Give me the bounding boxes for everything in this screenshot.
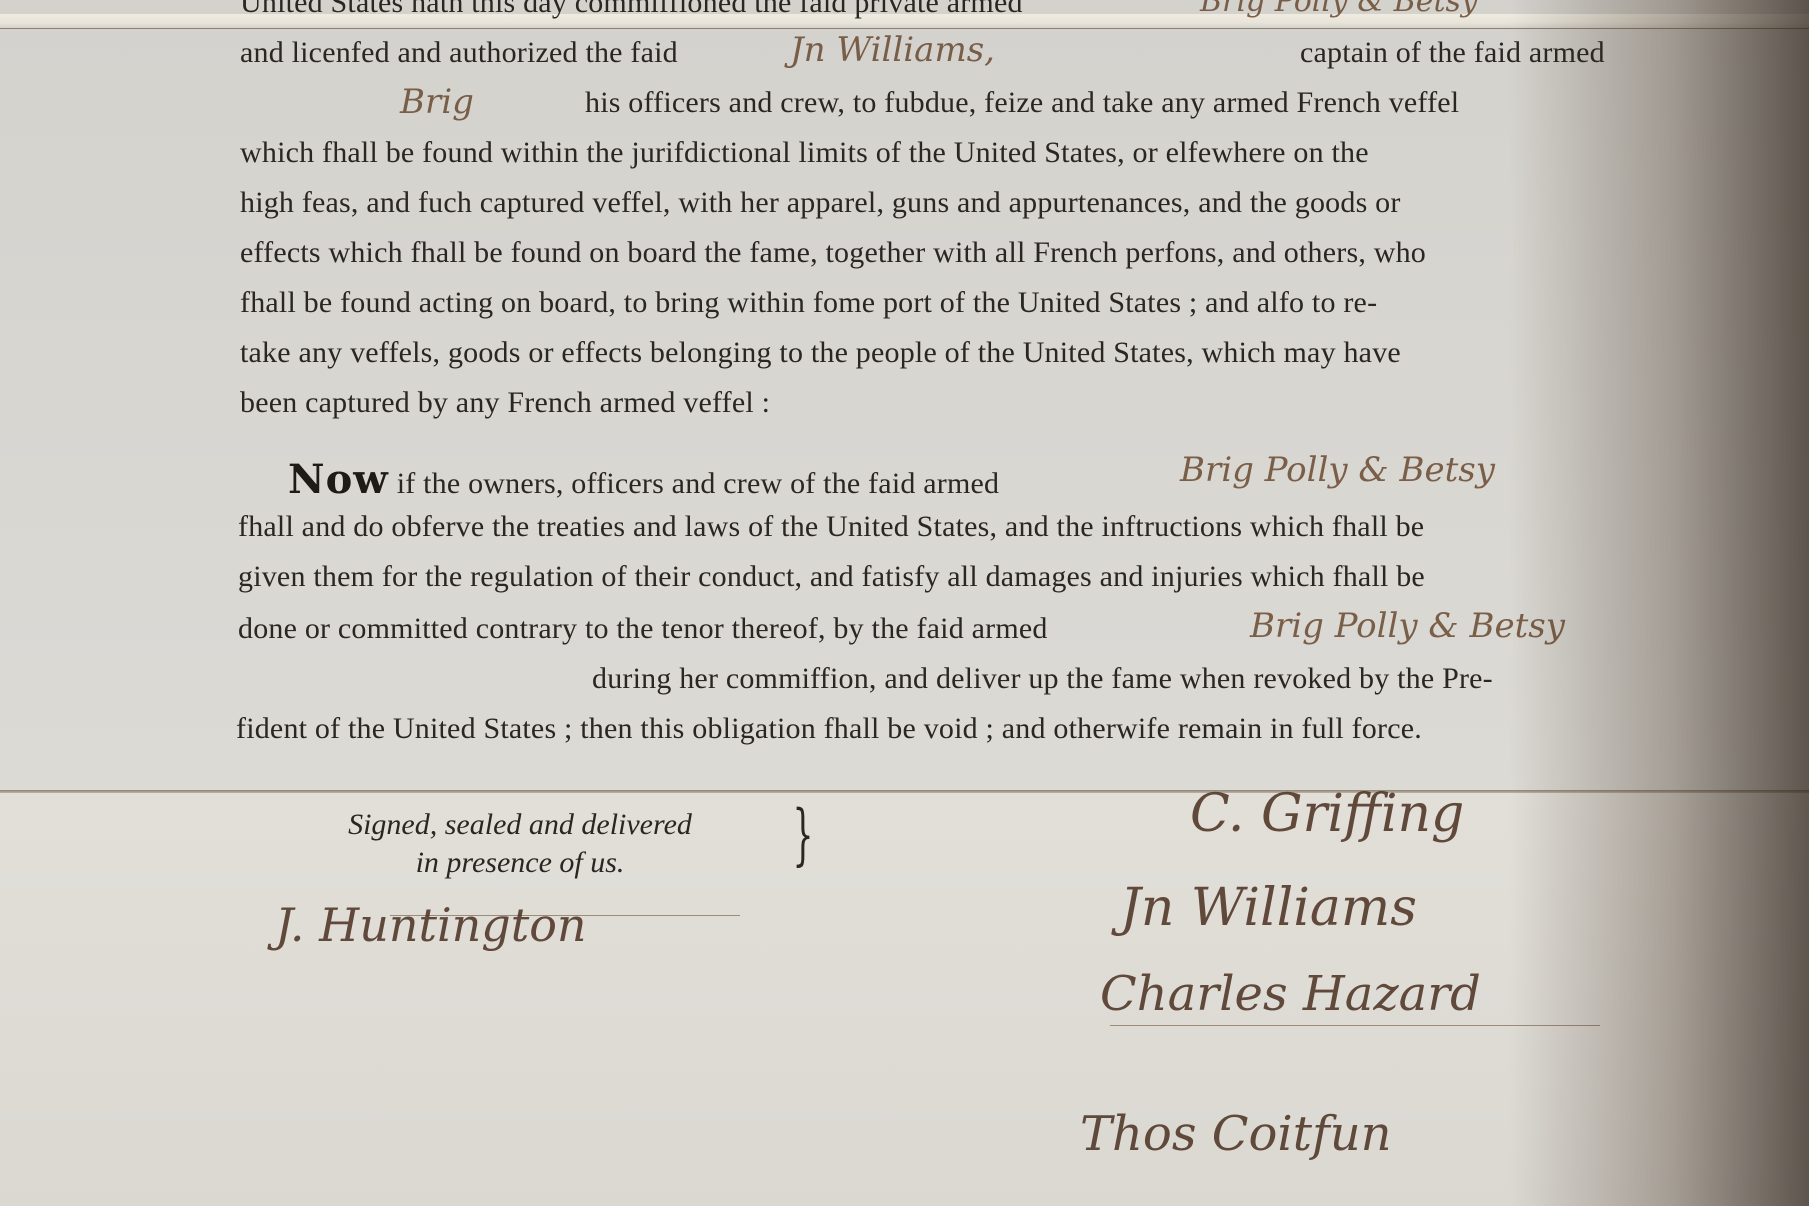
body-line-7: fhall be found acting on board, to bring… <box>240 286 1377 320</box>
witness-signature: J. Huntington <box>275 898 587 952</box>
now-clause-line-2: fhall and do obferve the treaties and la… <box>238 510 1424 544</box>
body-line-9: been captured by any French armed veffel… <box>240 386 770 420</box>
now-initial-word: Now <box>288 456 389 503</box>
body-line-1: United States hath this day commiffioned… <box>240 0 1023 20</box>
now-clause-line-5: during her commiffion, and deliver up th… <box>592 662 1493 696</box>
now-clause-text-1: if the owners, officers and crew of the … <box>397 467 1000 500</box>
body-line-2: and licenfed and authorized the faid <box>240 36 678 70</box>
handwritten-captain-name: Jn Williams, <box>790 30 995 70</box>
handwritten-vessel-tenor: Brig Polly & Betsy <box>1250 606 1565 646</box>
body-line-8: take any veffels, goods or effects belon… <box>240 336 1401 370</box>
document-page: United States hath this day commiffioned… <box>0 0 1809 1206</box>
signature-rule <box>1110 1025 1600 1026</box>
signature-coitfun: Thos Coitfun <box>1080 1106 1392 1162</box>
body-line-6: effects which fhall be found on board th… <box>240 236 1426 270</box>
witness-caption-line-1: Signed, sealed and delivered <box>300 806 740 844</box>
handwritten-vessel-now: Brig Polly & Betsy <box>1180 450 1495 490</box>
now-clause-line-3: given them for the regulation of their c… <box>238 560 1425 594</box>
signature-griffing: C. Griffing <box>1190 784 1464 844</box>
now-clause-line-1: Nowif the owners, officers and crew of t… <box>288 456 999 503</box>
now-clause-line-4: done or committed contrary to the tenor … <box>238 612 1048 646</box>
body-line-4: which fhall be found within the jurifdic… <box>240 136 1369 170</box>
signature-williams: Jn Williams <box>1120 878 1417 938</box>
now-clause-line-6: fident of the United States ; then this … <box>236 712 1422 746</box>
lower-panel <box>0 793 1809 1206</box>
body-line-3: his officers and crew, to fubdue, feize … <box>585 86 1459 120</box>
witness-caption: Signed, sealed and delivered in presence… <box>300 806 740 882</box>
body-line-2b: captain of the faid armed <box>1300 36 1605 70</box>
handwritten-vessel-top: Brig Polly & Betsy <box>1200 0 1478 19</box>
brace-symbol: } <box>793 796 814 873</box>
witness-caption-line-2: in presence of us. <box>300 844 740 882</box>
body-line-5: high feas, and fuch captured veffel, wit… <box>240 186 1401 220</box>
signature-hazard: Charles Hazard <box>1100 966 1481 1022</box>
handwritten-vessel-type: Brig <box>400 82 474 122</box>
